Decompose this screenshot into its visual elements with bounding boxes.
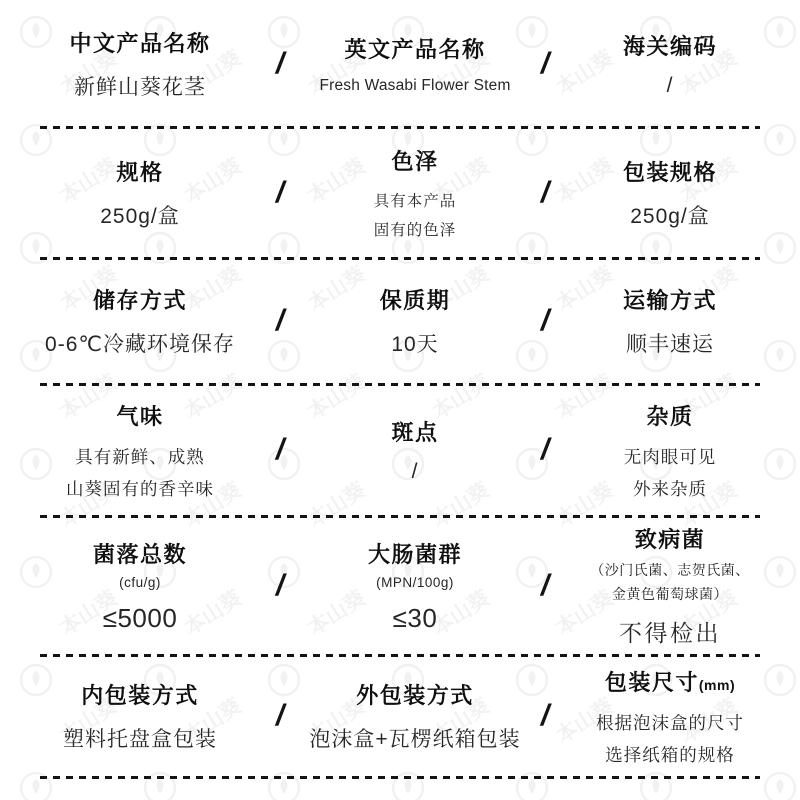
cell-title: 运输方式 bbox=[623, 284, 717, 315]
cell-odor: 气味 具有新鲜、成熟 山葵固有的香辛味 bbox=[40, 384, 240, 516]
product-spec-sheet: 本山葵 中文产品名称 新鲜山葵花茎 / 英文产品名称 Fresh Wasabi … bbox=[0, 0, 800, 800]
cell-title: 外包装方式 bbox=[356, 679, 474, 710]
cell-title: 中文产品名称 bbox=[69, 27, 210, 58]
cell-unit: (MPN/100g) bbox=[376, 575, 454, 590]
cell-shipping: 运输方式 顺丰速运 bbox=[580, 258, 760, 384]
cell-value-line: 具有本产品 bbox=[374, 189, 457, 211]
cell-title: 菌落总数 bbox=[93, 538, 187, 569]
spec-row-spec-color: 规格 250g/盒 / 色泽 具有本产品 固有的色泽 / 包装规格 250g/盒 bbox=[0, 127, 800, 258]
cell-value: 塑料托盘盒包装 bbox=[63, 723, 217, 753]
cell-value-line: 外来杂质 bbox=[624, 476, 717, 501]
cell-spec: 规格 250g/盒 bbox=[40, 127, 240, 258]
row-divider bbox=[40, 383, 760, 386]
cell-title: 致病菌 bbox=[635, 523, 706, 554]
spec-row-names: 中文产品名称 新鲜山葵花茎 / 英文产品名称 Fresh Wasabi Flow… bbox=[0, 0, 800, 127]
cell-value-line: 无肉眼可见 bbox=[624, 444, 717, 469]
cell-spots: 斑点 / bbox=[320, 384, 510, 516]
cell-title: 储存方式 bbox=[93, 284, 187, 315]
row-divider bbox=[40, 126, 760, 129]
cell-pack-spec: 包装规格 250g/盒 bbox=[580, 127, 760, 258]
cell-title: 海关编码 bbox=[623, 30, 717, 61]
cell-value-line: 选择纸箱的规格 bbox=[596, 742, 744, 767]
column-separator: / bbox=[240, 384, 320, 516]
cell-cn-product-name: 中文产品名称 新鲜山葵花茎 bbox=[40, 0, 240, 127]
cell-value: 250g/盒 bbox=[630, 200, 710, 230]
cell-value: 无肉眼可见 外来杂质 bbox=[624, 444, 717, 501]
cell-value: 不得检出 bbox=[619, 615, 721, 648]
cell-value: ≤30 bbox=[393, 603, 438, 634]
column-separator: / bbox=[240, 655, 320, 777]
cell-en-product-name: 英文产品名称 Fresh Wasabi Flower Stem bbox=[320, 0, 510, 127]
cell-note: （沙门氏菌、志贺氏菌、 金黄色葡萄球菌） bbox=[590, 560, 750, 604]
cell-title: 大肠菌群 bbox=[368, 538, 462, 569]
cell-value: 顺丰速运 bbox=[626, 328, 714, 358]
column-separator: / bbox=[240, 258, 320, 384]
spec-row-storage: 储存方式 0-6℃冷藏环境保存 / 保质期 10天 / 运输方式 顺丰速运 bbox=[0, 258, 800, 384]
cell-title: 内包装方式 bbox=[81, 679, 199, 710]
column-separator: / bbox=[510, 127, 580, 258]
column-separator: / bbox=[240, 127, 320, 258]
cell-title: 色泽 bbox=[391, 145, 438, 176]
column-separator: / bbox=[510, 258, 580, 384]
row-divider bbox=[40, 654, 760, 657]
cell-value: / bbox=[667, 74, 674, 98]
spec-table: 中文产品名称 新鲜山葵花茎 / 英文产品名称 Fresh Wasabi Flow… bbox=[0, 0, 800, 800]
cell-value-line: 根据泡沫盒的尺寸 bbox=[596, 710, 744, 735]
column-separator: / bbox=[240, 0, 320, 127]
cell-storage: 储存方式 0-6℃冷藏环境保存 bbox=[40, 258, 240, 384]
cell-unit: (cfu/g) bbox=[119, 575, 161, 590]
cell-value: 250g/盒 bbox=[100, 200, 180, 230]
column-separator: / bbox=[510, 655, 580, 777]
cell-title: 斑点 bbox=[391, 416, 438, 447]
cell-value: 10天 bbox=[391, 328, 438, 358]
cell-title: 气味 bbox=[116, 400, 163, 431]
cell-value: 具有本产品 固有的色泽 bbox=[374, 189, 457, 240]
column-separator: / bbox=[510, 0, 580, 127]
cell-title-text: 包装尺寸 bbox=[605, 670, 699, 695]
cell-value: ≤5000 bbox=[103, 603, 178, 634]
cell-outer-packaging: 外包装方式 泡沫盒+瓦楞纸箱包装 bbox=[320, 655, 510, 777]
row-divider bbox=[40, 776, 760, 779]
cell-title: 包装规格 bbox=[623, 156, 717, 187]
cell-package-size: 包装尺寸(mm) 根据泡沫盒的尺寸 选择纸箱的规格 bbox=[580, 655, 760, 777]
cell-note-line: 金黄色葡萄球菌） bbox=[590, 584, 750, 604]
column-separator: / bbox=[240, 516, 320, 655]
cell-title: 规格 bbox=[116, 156, 163, 187]
column-separator: / bbox=[510, 516, 580, 655]
cell-total-colony: 菌落总数 (cfu/g) ≤5000 bbox=[40, 516, 240, 655]
spec-row-odor: 气味 具有新鲜、成熟 山葵固有的香辛味 / 斑点 / / 杂质 无肉眼可见 外来… bbox=[0, 384, 800, 516]
cell-value: Fresh Wasabi Flower Stem bbox=[319, 77, 510, 95]
cell-note-line: （沙门氏菌、志贺氏菌、 bbox=[590, 560, 750, 580]
cell-pathogens: 致病菌 （沙门氏菌、志贺氏菌、 金黄色葡萄球菌） 不得检出 bbox=[580, 516, 760, 655]
cell-value-line: 山葵固有的香辛味 bbox=[66, 476, 214, 501]
cell-value: / bbox=[412, 460, 419, 484]
cell-inner-packaging: 内包装方式 塑料托盘盒包装 bbox=[40, 655, 240, 777]
cell-value: 0-6℃冷藏环境保存 bbox=[45, 328, 235, 358]
cell-title-suffix: (mm) bbox=[699, 677, 735, 693]
cell-value-line: 固有的色泽 bbox=[374, 218, 457, 240]
row-divider bbox=[40, 515, 760, 518]
row-divider bbox=[40, 257, 760, 260]
cell-shelf-life: 保质期 10天 bbox=[320, 258, 510, 384]
cell-value: 新鲜山葵花茎 bbox=[74, 71, 206, 101]
cell-title: 保质期 bbox=[380, 284, 451, 315]
cell-value: 具有新鲜、成熟 山葵固有的香辛味 bbox=[66, 444, 214, 501]
cell-title: 英文产品名称 bbox=[344, 33, 485, 64]
cell-value-line: 具有新鲜、成熟 bbox=[66, 444, 214, 469]
cell-impurities: 杂质 无肉眼可见 外来杂质 bbox=[580, 384, 760, 516]
cell-title: 包装尺寸(mm) bbox=[605, 666, 735, 697]
column-separator: / bbox=[510, 384, 580, 516]
spec-row-microbial: 菌落总数 (cfu/g) ≤5000 / 大肠菌群 (MPN/100g) ≤30… bbox=[0, 516, 800, 655]
cell-value: 根据泡沫盒的尺寸 选择纸箱的规格 bbox=[596, 710, 744, 767]
cell-title: 杂质 bbox=[646, 400, 693, 431]
cell-coliform: 大肠菌群 (MPN/100g) ≤30 bbox=[320, 516, 510, 655]
cell-value: 泡沫盒+瓦楞纸箱包装 bbox=[309, 723, 520, 753]
spec-row-packaging: 内包装方式 塑料托盘盒包装 / 外包装方式 泡沫盒+瓦楞纸箱包装 / 包装尺寸(… bbox=[0, 655, 800, 777]
cell-color: 色泽 具有本产品 固有的色泽 bbox=[320, 127, 510, 258]
cell-hs-code: 海关编码 / bbox=[580, 0, 760, 127]
